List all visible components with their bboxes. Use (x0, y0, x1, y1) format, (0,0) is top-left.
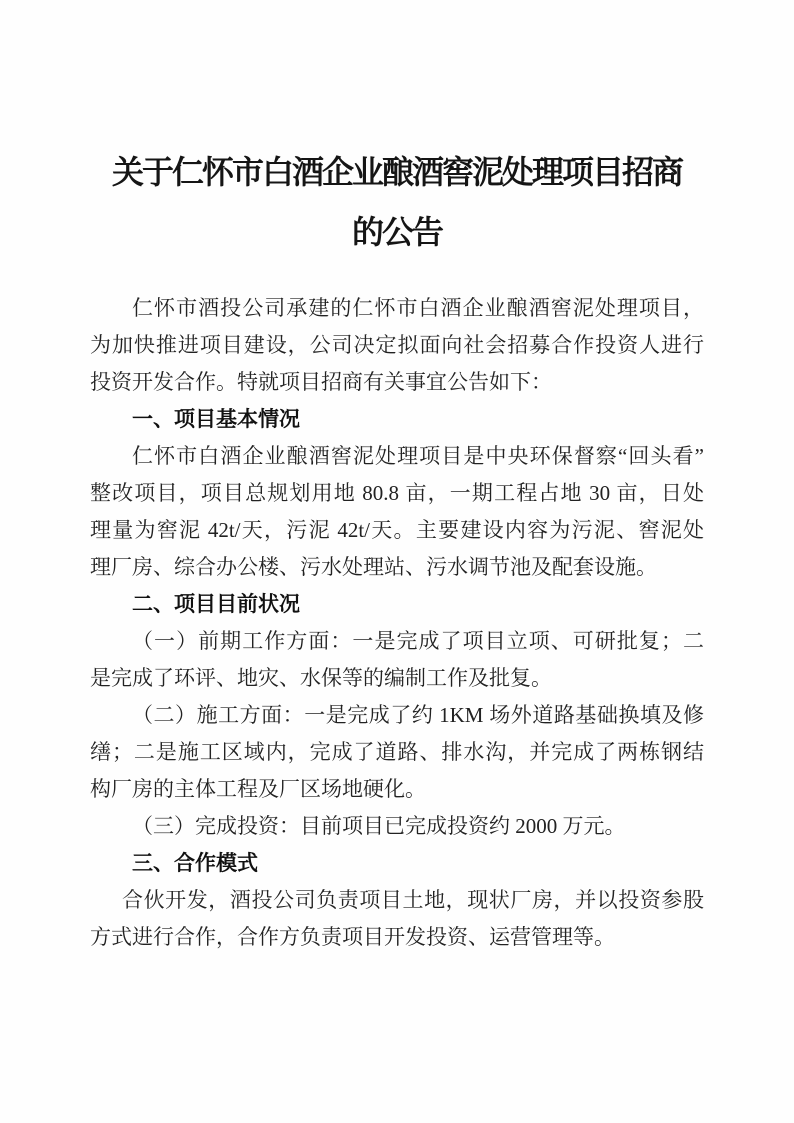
text-line: （三）完成投资：目前项目已完成投资约 2000 万元。 (90, 808, 704, 845)
paragraph-intro: 仁怀市酒投公司承建的仁怀市白酒企业酿酒窖泥处理项目， 为加快推进项目建设，公司决… (90, 290, 704, 401)
paragraph-status-investment: （三）完成投资：目前项目已完成投资约 2000 万元。 (90, 808, 704, 845)
text-line: 是完成了环评、地灾、水保等的编制工作及批复。 (90, 660, 704, 697)
title-line-1: 关于仁怀市白酒企业酿酒窖泥处理项目招商 (90, 142, 704, 202)
text-line: 理厂房、综合办公楼、污水处理站、污水调节池及配套设施。 (90, 549, 704, 586)
paragraph-cooperation: 合伙开发，酒投公司负责项目土地，现状厂房，并以投资参股 方式进行合作，合作方负责… (90, 882, 704, 956)
text-line: 为加快推进项目建设，公司决定拟面向社会招募合作投资人进行 (90, 327, 704, 364)
text-line: 理量为窖泥 42t/天，污泥 42t/天。主要建设内容为污泥、窖泥处 (90, 512, 704, 549)
text-line: 构厂房的主体工程及厂区场地硬化。 (90, 771, 704, 808)
text-line: 合伙开发，酒投公司负责项目土地，现状厂房，并以投资参股 (90, 882, 704, 919)
title-line-2: 的公告 (90, 202, 704, 262)
paragraph-status-construction: （二）施工方面：一是完成了约 1KM 场外道路基础换填及修 缮；二是施工区域内，… (90, 697, 704, 808)
text-line: 方式进行合作，合作方负责项目开发投资、运营管理等。 (90, 919, 704, 956)
document-content: 关于仁怀市白酒企业酿酒窖泥处理项目招商 的公告 仁怀市酒投公司承建的仁怀市白酒企… (90, 142, 704, 956)
section-heading-current-status: 二、项目目前状况 (90, 586, 704, 623)
section-heading-basic-info: 一、项目基本情况 (90, 401, 704, 438)
text-line: 投资开发合作。特就项目招商有关事宜公告如下： (90, 364, 704, 401)
text-line: 仁怀市酒投公司承建的仁怀市白酒企业酿酒窖泥处理项目， (90, 290, 704, 327)
section-heading-cooperation-model: 三、合作模式 (90, 845, 704, 882)
text-line: （二）施工方面：一是完成了约 1KM 场外道路基础换填及修 (90, 697, 704, 734)
document-page: 关于仁怀市白酒企业酿酒窖泥处理项目招商 的公告 仁怀市酒投公司承建的仁怀市白酒企… (0, 0, 794, 1123)
document-body: 仁怀市酒投公司承建的仁怀市白酒企业酿酒窖泥处理项目， 为加快推进项目建设，公司决… (90, 290, 704, 956)
document-title: 关于仁怀市白酒企业酿酒窖泥处理项目招商 的公告 (90, 142, 704, 262)
text-line: 仁怀市白酒企业酿酒窖泥处理项目是中央环保督察“回头看” (90, 438, 704, 475)
text-line: 缮；二是施工区域内，完成了道路、排水沟，并完成了两栋钢结 (90, 734, 704, 771)
text-line: 整改项目，项目总规划用地 80.8 亩，一期工程占地 30 亩，日处 (90, 475, 704, 512)
text-line: （一）前期工作方面：一是完成了项目立项、可研批复；二 (90, 623, 704, 660)
paragraph-status-prework: （一）前期工作方面：一是完成了项目立项、可研批复；二 是完成了环评、地灾、水保等… (90, 623, 704, 697)
paragraph-project-overview: 仁怀市白酒企业酿酒窖泥处理项目是中央环保督察“回头看” 整改项目，项目总规划用地… (90, 438, 704, 586)
